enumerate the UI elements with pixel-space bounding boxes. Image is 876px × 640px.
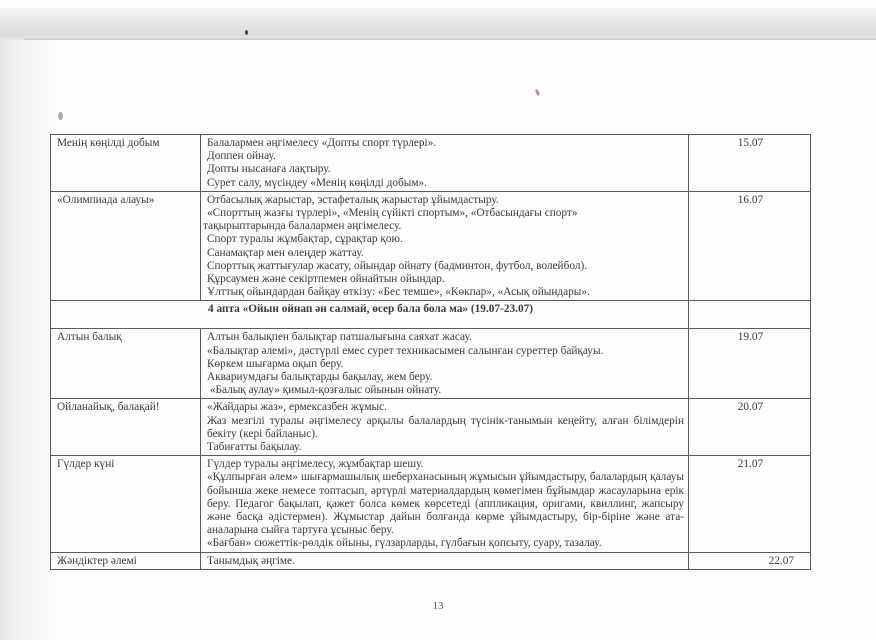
table-row: Гүлдер күні Гүлдер туралы әңгімелесу, жұ…: [51, 456, 811, 552]
activity-plan-table: Менің көңілді добым Балалармен әңгімелес…: [50, 134, 811, 570]
description-line: Табиғатты бақылау.: [207, 441, 684, 454]
activity-date: 16.07: [689, 191, 811, 301]
activity-date: 20.07: [689, 399, 811, 456]
description-line: Отбасылық жарыстар, эстафеталық жарыстар…: [207, 194, 684, 207]
page-number: 13: [0, 600, 876, 612]
description-line: «Балық аулау» қимыл-қозғалыс ойынын ойна…: [207, 384, 684, 397]
description-line: тақырыптарында балалармен әңгімелесу.: [203, 220, 684, 233]
scan-speck: [535, 89, 541, 97]
scan-edge-line: [24, 38, 876, 40]
week-date-cell: [689, 301, 811, 329]
scan-speck: [245, 30, 248, 35]
description-line: Гүлдер туралы әңгімелесу, жұмбақтар шешу…: [207, 458, 684, 471]
activity-description: Гүлдер туралы әңгімелесу, жұмбақтар шешу…: [201, 456, 689, 552]
week-header-row: 4 апта «Ойын ойнап ән салмай, өсер бала …: [51, 301, 811, 329]
description-line: «Спорттың жазғы түрлері», «Менің сүйікті…: [207, 207, 684, 220]
scan-speck: [58, 112, 63, 120]
activity-title: Жәндіктер әлемі: [51, 552, 201, 569]
scan-shadow-left: [0, 40, 56, 640]
description-line: «Жайдары жаз», ермексазбен жұмыс.: [207, 401, 684, 414]
table-row: «Олимпиада алауы» Отбасылық жарыстар, эс…: [51, 191, 811, 301]
description-line: Спорт туралы жұмбақтар, сұрақтар қою.: [207, 233, 684, 246]
activity-date: 19.07: [689, 329, 811, 399]
description-line: Танымдық әңгіме.: [207, 555, 684, 568]
activity-description: Отбасылық жарыстар, эстафеталық жарыстар…: [201, 191, 689, 301]
activity-description: «Жайдары жаз», ермексазбен жұмыс. Жаз ме…: [201, 399, 689, 456]
description-line: «Құлпырған әлем» шығармашылық шеберханас…: [207, 471, 684, 537]
activity-description: Балалармен әңгімелесу «Допты спорт түрле…: [201, 135, 689, 192]
description-line: Құрсаумен және секіртпемен ойнайтын ойын…: [207, 273, 684, 286]
activity-title: Ойланайық, балақай!: [51, 399, 201, 456]
description-line: Балалармен әңгімелесу «Допты спорт түрле…: [207, 137, 684, 150]
activity-title: Алтын балық: [51, 329, 201, 399]
activity-title: Гүлдер күні: [51, 456, 201, 552]
description-line: Жаз мезгілі туралы әңгімелесу арқылы бал…: [207, 415, 684, 441]
table-row: Жәндіктер әлемі Танымдық әңгіме. 22.07: [51, 552, 811, 569]
description-line: Спорттық жаттығулар жасату, ойындар ойна…: [207, 260, 684, 273]
description-line: «Балықтар әлемі», дәстүрлі емес сурет те…: [207, 345, 684, 358]
description-line: Алтын балықпен балықтар патшалығына саях…: [207, 331, 684, 344]
activity-description: Алтын балықпен балықтар патшалығына саях…: [201, 329, 689, 399]
scan-shadow-top: [0, 8, 876, 40]
description-line: Көркем шығарма оқып беру.: [207, 358, 684, 371]
description-line: «Бағбан» сюжеттік-рөлдік ойыны, гүлзарла…: [207, 537, 684, 550]
activity-description: Танымдық әңгіме.: [201, 552, 689, 569]
description-line: Санамақтар мен өлеңдер жаттау.: [207, 247, 684, 260]
description-line: Сурет салу, мүсіндеу «Менің көңілді добы…: [207, 177, 684, 190]
description-line: Ұлттық ойындардан байқау өткізу: «Бес те…: [207, 286, 684, 299]
table-row: Ойланайық, балақай! «Жайдары жаз», ермек…: [51, 399, 811, 456]
description-line: Аквариумдағы балықтарды бақылау, жем бер…: [207, 371, 684, 384]
activity-title: Менің көңілді добым: [51, 135, 201, 192]
week-title: 4 апта «Ойын ойнап ән салмай, өсер бала …: [51, 301, 689, 329]
activity-date: 15.07: [689, 135, 811, 192]
table-row: Алтын балық Алтын балықпен балықтар патш…: [51, 329, 811, 399]
activity-title: «Олимпиада алауы»: [51, 191, 201, 301]
activity-date: 21.07: [689, 456, 811, 552]
table-row: Менің көңілді добым Балалармен әңгімелес…: [51, 135, 811, 192]
activity-date: 22.07: [689, 552, 811, 569]
description-line: Доппен ойнау.: [207, 150, 684, 163]
description-line: Допты нысанаға лақтыру.: [207, 163, 684, 176]
